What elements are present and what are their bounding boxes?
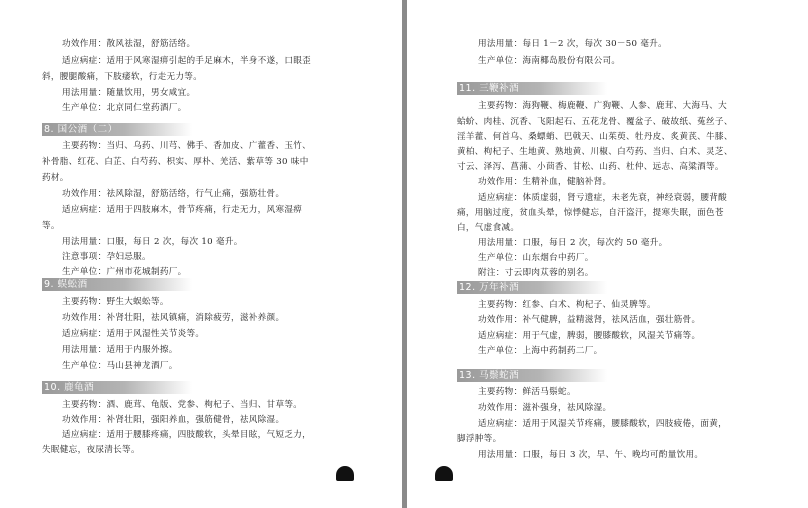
text-line: 淫羊藿、何首乌、桑螵蛸、巴戟天、山茱萸、牡丹皮、炙黄芪、牛膝、: [457, 131, 733, 143]
text-line: 痛，用脑过度，贫血头晕，惊悸健忘，自汗盗汗，提寒失眠，面色苍: [457, 207, 724, 219]
text-line: 附注：寸云即肉苁蓉的别名。: [478, 267, 594, 279]
page-ornament-icon: [435, 466, 453, 481]
section-title: 13. 马鬃蛇酒: [459, 369, 519, 382]
text-line: 注意事项：孕妇忌服。: [62, 251, 151, 263]
section-header: 9. 蜈蚣酒: [42, 278, 192, 291]
text-line: 失眠健忘，夜尿清长等。: [42, 444, 140, 456]
text-line: 用法用量：口服，每日 2 次，每次 10 毫升。: [62, 236, 243, 248]
text-line: 主要药物：野生大蜈蚣等。: [62, 296, 169, 308]
text-line: 生产单位：马山县神龙酒厂。: [62, 360, 178, 372]
text-line: 用法用量：随量饮用，男女咸宜。: [62, 87, 195, 99]
text-line: 用法用量：适用于内服外擦。: [62, 344, 178, 356]
text-line: 寸云、泽泻、菖蒲、小茴香、甘松、山药、杜仲、远志、高粱酒等。: [457, 161, 724, 173]
page-divider: [402, 0, 407, 508]
text-line: 生产单位：山东烟台中药厂。: [478, 252, 594, 264]
section-header: 8. 国公酒（二）: [42, 123, 192, 136]
text-line: 适应病症：适用于腰膝疼痛，四肢酸软，头晕目眩，气短乏力，: [62, 429, 311, 441]
text-line: 白，气虚食减。: [457, 222, 519, 234]
text-line: 适应病症：适用于四肢麻木，骨节疼痛，行走无力，风寒湿痹: [62, 204, 302, 216]
text-line: 适应病症：体质虚弱，肾亏遗症，未老先衰，神经衰弱，腰背酸: [478, 192, 727, 204]
text-line: 补骨脂、红花、白芷、白芍药、枳实、厚朴、羌活、紫草等 30 味中: [42, 156, 309, 168]
text-line: 主要药物：鲜活马鬃蛇。: [478, 386, 576, 398]
text-line: 脚浮肿等。: [457, 433, 501, 445]
text-line: 等。: [42, 220, 60, 232]
section-header: 11. 三鞭补酒: [457, 82, 607, 95]
text-line: 功效作用：滋补强身，祛风除湿。: [478, 402, 611, 414]
text-line: 功效作用：散风祛湿，舒筋活络。: [62, 38, 195, 50]
text-line: 用法用量：口服，每日 2 次，每次约 50 毫升。: [478, 237, 668, 249]
section-header: 13. 马鬃蛇酒: [457, 369, 607, 382]
text-line: 功效作用：补气健脾，益精滋肾，祛风活血，强壮筋骨。: [478, 314, 700, 326]
text-line: 斜，腰腿酸痛，下肢痿软，行走无力等。: [42, 71, 202, 83]
text-line: 功效作用：祛风除湿，舒筋活络，行气止痛，强筋壮骨。: [62, 188, 284, 200]
left-page: 功效作用：散风祛湿，舒筋活络。 适应病症：适用于风寒湿痹引起的手足麻木，半身不遂…: [0, 0, 402, 508]
text-line: 适应病症：适用于风湿性关节炎等。: [62, 328, 204, 340]
text-line: 生产单位：上海中药制药二厂。: [478, 345, 603, 357]
text-line: 主要药物：海狗鞭、梅鹿鞭、广狗鞭、人参、鹿茸、大海马、大: [478, 100, 727, 112]
section-header: 10. 鹿龟酒: [42, 381, 192, 394]
right-page: 用法用量：每日 1－2 次，每次 30－50 毫升。 生产单位：海南椰岛股份有限…: [409, 0, 808, 508]
text-line: 蛤蚧、肉桂、沉香、飞阳起石、五花龙骨、覆盆子、破故纸、菟丝子、: [457, 116, 733, 128]
text-line: 适应病症：用于气虚，脾弱，腰膝酸软，风湿关节痛等。: [478, 330, 700, 342]
text-line: 药材。: [42, 172, 69, 184]
section-title: 12. 万年补酒: [459, 281, 519, 294]
section-title: 8. 国公酒（二）: [44, 123, 118, 136]
text-line: 用法用量：口服，每日 3 次，早、午、晚均可酌量饮用。: [478, 449, 703, 461]
text-line: 生产单位：北京同仁堂药酒厂。: [62, 102, 187, 114]
text-line: 功效作用：生精补血，健脑补肾。: [478, 176, 611, 188]
text-line: 用法用量：每日 1－2 次，每次 30－50 毫升。: [478, 38, 667, 50]
text-line: 生产单位：海南椰岛股份有限公司。: [478, 55, 620, 67]
page-ornament-icon: [336, 466, 354, 481]
text-line: 功效作用：补肾壮阳，强阳养血，强筋健骨，祛风除湿。: [62, 414, 284, 426]
text-line: 适应病症：适用于风湿关节疼痛，腰膝酸软，四肢疲倦，面黄，: [478, 418, 727, 430]
section-title: 10. 鹿龟酒: [44, 381, 94, 394]
text-line: 生产单位：广州市花城制药厂。: [62, 266, 187, 278]
text-line: 功效作用：补肾壮阳，祛风镇痛，消除疲劳，滋补养颜。: [62, 312, 284, 324]
section-title: 11. 三鞭补酒: [459, 82, 519, 95]
section-title: 9. 蜈蚣酒: [44, 278, 88, 291]
text-line: 适应病症：适用于风寒湿痹引起的手足麻木，半身不遂，口眼歪: [62, 55, 311, 67]
text-line: 主要药物：红参、白术、枸杞子、仙灵脾等。: [478, 299, 656, 311]
text-line: 黄柏、枸杞子、生地黄、熟地黄、川椒、白芍药、当归、白术、灵芝、: [457, 146, 733, 158]
text-line: 主要药物：当归、乌药、川芎、佛手、香加皮、广藿香、玉竹、: [62, 140, 311, 152]
text-line: 主要药物：酒、鹿茸、龟版、党参、枸杞子、当归、甘草等。: [62, 399, 302, 411]
section-header: 12. 万年补酒: [457, 281, 607, 294]
